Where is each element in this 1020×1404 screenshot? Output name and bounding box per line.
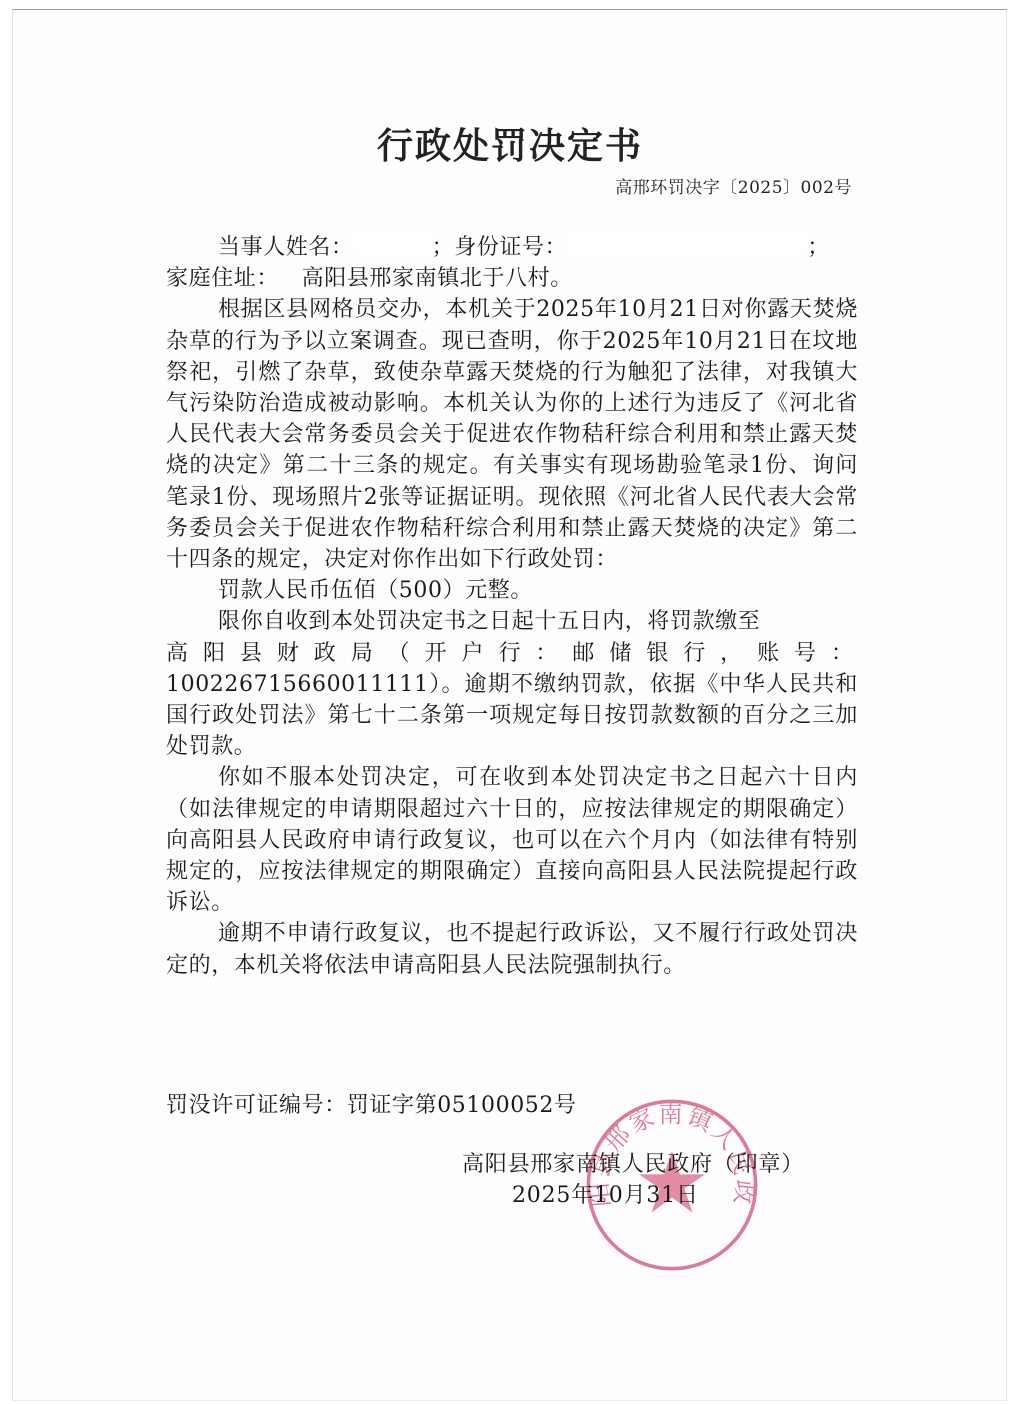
license-label: 罚没许可证编号：: [166, 1093, 347, 1118]
redacted-id-number: [567, 230, 807, 254]
document-body: 当事人姓名：；身份证号：； 家庭住址： 高阳县邢家南镇北于八村。 根据区县网格员…: [166, 230, 858, 981]
penalty-paragraph: 罚款人民币伍佰（500）元整。: [166, 575, 858, 606]
separator: ；: [432, 235, 455, 260]
redacted-name: [354, 230, 432, 254]
facts-paragraph: 根据区县网格员交办，本机关于2025年10月21日对你露天焚烧杂草的行为予以立案…: [166, 294, 858, 575]
party-info: 当事人姓名：；身份证号：；: [166, 230, 858, 263]
separator: ；: [807, 235, 830, 260]
address-label: 家庭住址：: [166, 266, 279, 291]
name-label: 当事人姓名：: [218, 235, 354, 260]
payment-line-2: 高阳县财政局（开户行：邮储银行，账号：: [166, 638, 858, 669]
penalty-license-number: 罚没许可证编号：罚证字第05100052号: [166, 1088, 577, 1119]
document-title: 行政处罚决定书: [0, 118, 1020, 169]
address-line: 家庭住址： 高阳县邢家南镇北于八村。: [166, 263, 858, 294]
payment-rest: 100226715660011111）。逾期不缴纳罚款，依据《中华人民共和国行政…: [166, 669, 858, 763]
document-number: 高邢环罚决字〔2025〕002号: [615, 173, 852, 198]
address-value: 高阳县邢家南镇北于八村。: [302, 266, 573, 291]
payment-line-1: 限你自收到本处罚决定书之日起十五日内，将罚款缴至: [166, 606, 858, 637]
id-label: 身份证号：: [454, 235, 567, 260]
enforcement-paragraph: 逾期不申请行政复议，也不提起行政诉讼，又不履行行政处罚决定的，本机关将依法申请高…: [166, 918, 858, 980]
signature-block: 高阳县邢家南镇人民政府（印章） 2025年10月31日: [462, 1149, 804, 1211]
appeal-paragraph: 你如不服本处罚决定，可在收到本处罚决定书之日起六十日内（如法律规定的申请期限超过…: [166, 762, 858, 918]
issue-date: 2025年10月31日: [462, 1180, 804, 1211]
issuing-authority: 高阳县邢家南镇人民政府（印章）: [462, 1149, 804, 1180]
payment-account-text: 100226715660011111: [166, 672, 429, 697]
license-value: 罚证字第05100052号: [347, 1093, 577, 1118]
